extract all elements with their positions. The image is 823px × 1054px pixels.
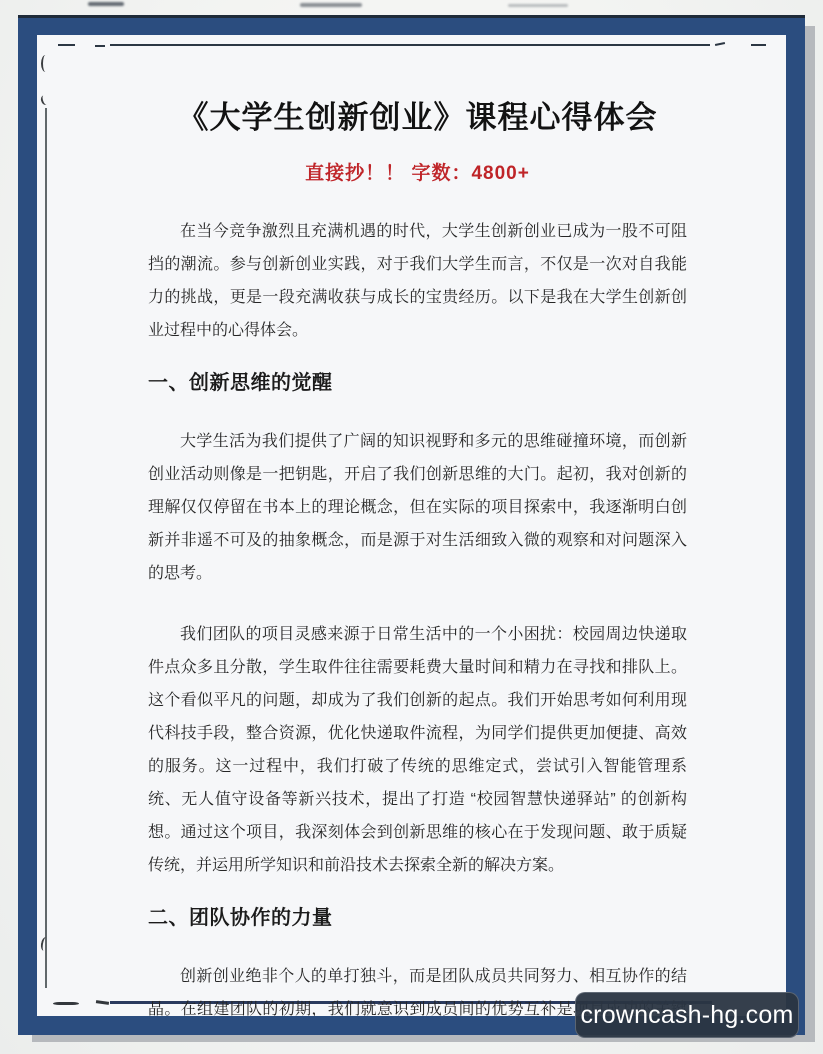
watermark-badge: crowncash-hg.com	[575, 992, 799, 1038]
section-1-paragraph-2: 我们团队的项目灵感来源于日常生活中的一个小困扰：校园周边快递取件点众多且分散，学…	[148, 618, 687, 882]
top-border-tick	[715, 42, 725, 46]
scan-smudge	[508, 4, 568, 7]
section-1-paragraph-1: 大学生活为我们提供了广阔的知识视野和多元的思维碰撞环境，而创新创业活动则像是一把…	[148, 425, 687, 590]
top-border-rule	[110, 44, 710, 46]
scan-smudge	[88, 2, 124, 6]
section-1-heading: 一、创新思维的觉醒	[148, 370, 687, 397]
frame-top-edge	[18, 15, 805, 18]
watermark-text: crowncash-hg.com	[580, 1001, 793, 1030]
word-count-note: 直接抄！！ 字数：4800+	[148, 161, 687, 187]
page-title: 《大学生创新创业》课程心得体会	[148, 97, 687, 139]
pen-curl-mark	[41, 55, 50, 72]
essay-content: 《大学生创新创业》课程心得体会 直接抄！！ 字数：4800+ 在当今竞争激烈且充…	[37, 97, 786, 1016]
top-border-dash	[751, 44, 766, 46]
scan-smudge	[300, 3, 362, 7]
intro-paragraph: 在当今竞争激烈且充满机遇的时代，大学生创新创业已成为一股不可阻挡的潮流。参与创新…	[148, 215, 687, 347]
scanned-document-photo: 《大学生创新创业》课程心得体会 直接抄！！ 字数：4800+ 在当今竞争激烈且充…	[0, 0, 823, 1054]
document-page: 《大学生创新创业》课程心得体会 直接抄！！ 字数：4800+ 在当今竞争激烈且充…	[37, 35, 786, 1016]
section-2-heading: 二、团队协作的力量	[148, 905, 687, 932]
top-border-dash	[58, 44, 75, 46]
document-frame: 《大学生创新创业》课程心得体会 直接抄！！ 字数：4800+ 在当今竞争激烈且充…	[18, 15, 805, 1035]
top-border-dash	[95, 45, 105, 47]
